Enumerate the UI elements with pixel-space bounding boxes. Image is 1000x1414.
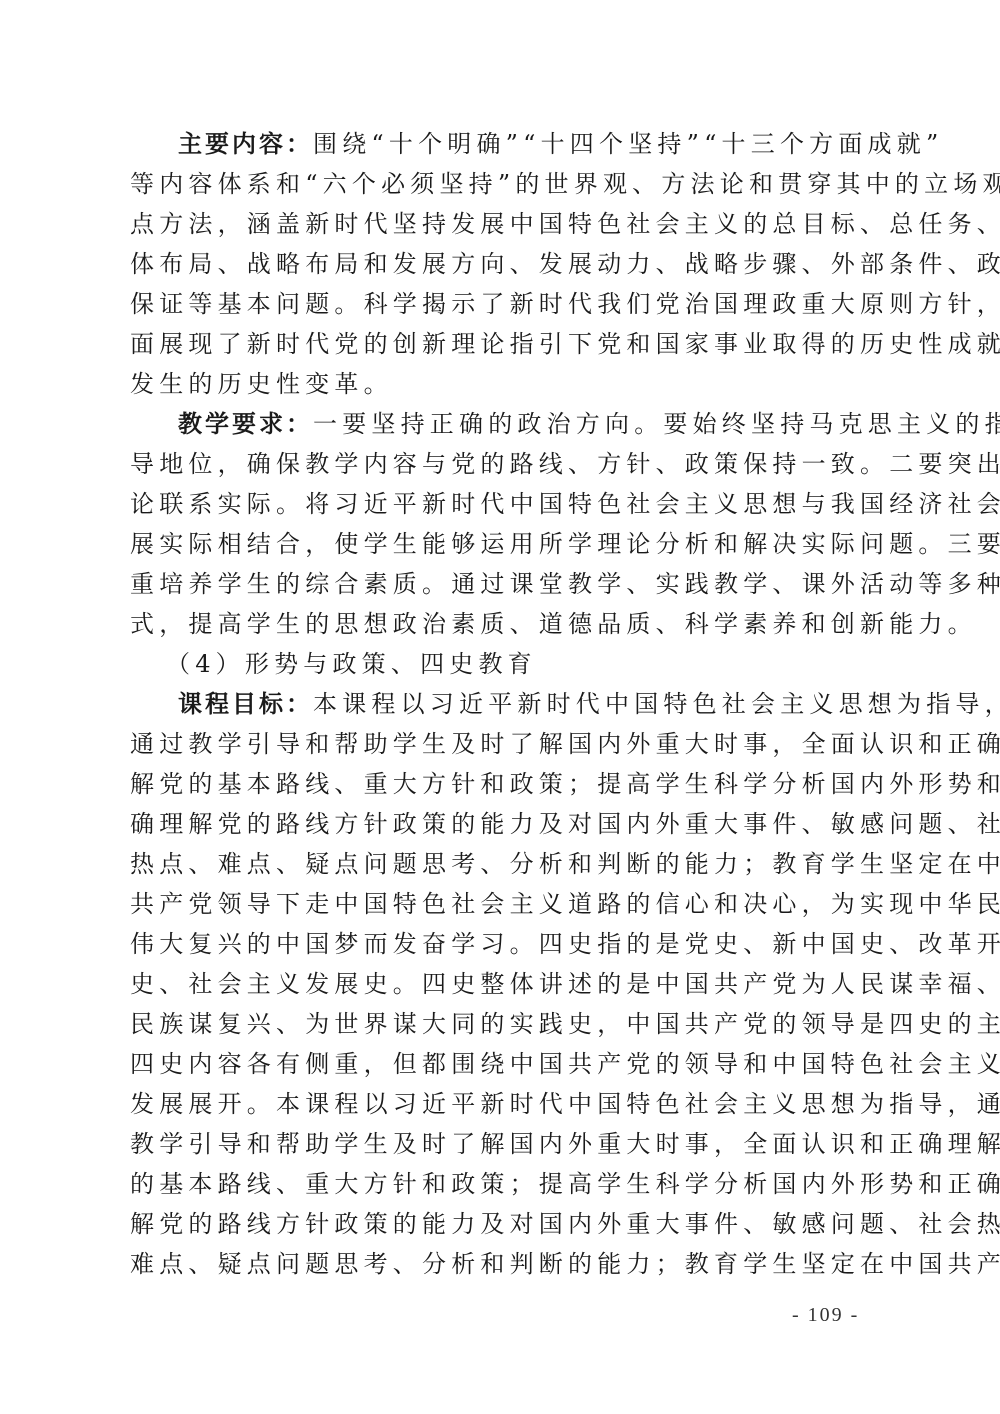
text-line: 四史内容各有侧重，但都围绕中国共产党的领导和中国特色社会主义的 (130, 1044, 862, 1084)
label-teaching-requirements: 教学要求： (178, 410, 313, 438)
text-line: 导地位，确保教学内容与党的路线、方针、政策保持一致。二要突出理 (130, 444, 862, 484)
label-course-objectives: 课程目标： (178, 690, 313, 718)
text-line: 保证等基本问题。科学揭示了新时代我们党治国理政重大原则方针，全 (130, 284, 862, 324)
text-line: 式，提高学生的思想政治素质、道德品质、科学素养和创新能力。 (130, 604, 862, 644)
text-line: 史、社会主义发展史。四史整体讲述的是中国共产党为人民谋幸福、为 (130, 964, 862, 1004)
text-line: 的基本路线、重大方针和政策；提高学生科学分析国内外形势和正确理 (130, 1164, 862, 1204)
text-line: 通过教学引导和帮助学生及时了解国内外重大时事，全面认识和正确理 (130, 724, 862, 764)
text-line: 面展现了新时代党的创新理论指引下党和国家事业取得的历史性成就、 (130, 324, 862, 364)
text-line: 解党的路线方针政策的能力及对国内外重大事件、敏感问题、社会热点、 (130, 1204, 862, 1244)
paragraph-teaching-requirements-line: 教学要求：一要坚持正确的政治方向。要始终坚持马克思主义的指 (130, 404, 862, 444)
section-heading: （4）形势与政策、四史教育 (130, 644, 862, 684)
text-line: 体布局、战略布局和发展方向、发展动力、战略步骤、外部条件、政治 (130, 244, 862, 284)
paragraph-course-objectives-line: 课程目标：本课程以习近平新时代中国特色社会主义思想为指导， (130, 684, 862, 724)
page-number: - 109 - (792, 1304, 859, 1327)
text-line: 等内容体系和“六个必须坚持”的世界观、方法论和贯穿其中的立场观 (130, 164, 862, 204)
text-line: 共产党领导下走中国特色社会主义道路的信心和决心，为实现中华民族 (130, 884, 862, 924)
text-line: 伟大复兴的中国梦而发奋学习。四史指的是党史、新中国史、改革开放 (130, 924, 862, 964)
text-line: 民族谋复兴、为世界谋大同的实践史，中国共产党的领导是四史的主线。 (130, 1004, 862, 1044)
text-line: 确理解党的路线方针政策的能力及对国内外重大事件、敏感问题、社会 (130, 804, 862, 844)
text-line: 解党的基本路线、重大方针和政策；提高学生科学分析国内外形势和正 (130, 764, 862, 804)
text-line: 发展展开。本课程以习近平新时代中国特色社会主义思想为指导，通过 (130, 1084, 862, 1124)
text-line: 教学引导和帮助学生及时了解国内外重大时事，全面认识和正确理解党 (130, 1124, 862, 1164)
text-line: 难点、疑点问题思考、分析和判断的能力；教育学生坚定在中国共产党 (130, 1244, 862, 1284)
text-line: 点方法，涵盖新时代坚持发展中国特色社会主义的总目标、总任务、总 (130, 204, 862, 244)
label-main-content: 主要内容： (178, 130, 313, 158)
text-line: 展实际相结合，使学生能够运用所学理论分析和解决实际问题。三要注 (130, 524, 862, 564)
text-line: 热点、难点、疑点问题思考、分析和判断的能力；教育学生坚定在中国 (130, 844, 862, 884)
text-line: 重培养学生的综合素质。通过课堂教学、实践教学、课外活动等多种形 (130, 564, 862, 604)
text-line: 论联系实际。将习近平新时代中国特色社会主义思想与我国经济社会发 (130, 484, 862, 524)
document-body: 主要内容：围绕“十个明确”“十四个坚持”“十三个方面成就” 等内容体系和“六个必… (130, 124, 862, 1284)
text-line: 发生的历史性变革。 (130, 364, 862, 404)
paragraph-main-content-line: 主要内容：围绕“十个明确”“十四个坚持”“十三个方面成就” (130, 124, 862, 164)
